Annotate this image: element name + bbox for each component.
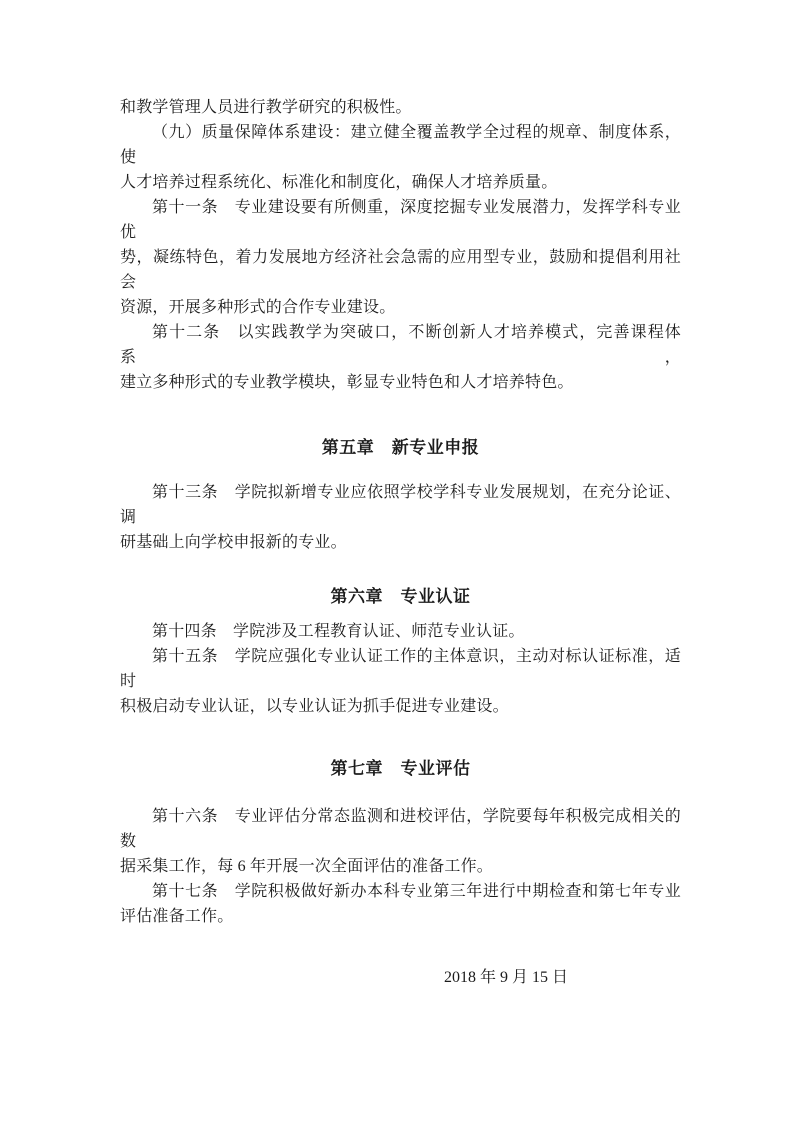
- text-line: 第十六条 专业评估分常态监测和进校评估，学院要每年积极完成相关的数: [120, 804, 681, 854]
- paragraph-article-16: 第十六条 专业评估分常态监测和进校评估，学院要每年积极完成相关的数 据采集工作，…: [120, 804, 681, 879]
- text-line: 势，凝练特色，着力发展地方经济社会急需的应用型专业，鼓励和提倡利用社会: [120, 245, 681, 295]
- paragraph-article-15: 第十五条 学院应强化专业认证工作的主体意识，主动对标认证标准，适时 积极启动专业…: [120, 644, 681, 719]
- document-page: 和教学管理人员进行教学研究的积极性。 （九）质量保障体系建设：建立健全覆盖教学全…: [0, 0, 800, 1132]
- date-line: 2018 年 9 月 15 日: [120, 965, 681, 990]
- text-line: 第十五条 学院应强化专业认证工作的主体意识，主动对标认证标准，适时: [120, 644, 681, 694]
- text-line: 研基础上向学校申报新的专业。: [120, 530, 681, 555]
- chapter-heading-6: 第六章 专业认证: [120, 584, 681, 609]
- text-line: 第十三条 学院拟新增专业应依照学校学科专业发展规划，在充分论证、调: [120, 480, 681, 530]
- text-line: 评估准备工作。: [120, 904, 681, 929]
- paragraph-article-17: 第十七条 学院积极做好新办本科专业第三年进行中期检查和第七年专业 评估准备工作。: [120, 879, 681, 929]
- text-line: 人才培养过程系统化、标准化和制度化，确保人才培养质量。: [120, 170, 681, 195]
- text-line: （九）质量保障体系建设：建立健全覆盖教学全过程的规章、制度体系，使: [120, 120, 681, 170]
- text-line: 第十四条 学院涉及工程教育认证、师范专业认证。: [120, 619, 681, 644]
- text-line: 积极启动专业认证，以专业认证为抓手促进专业建设。: [120, 694, 681, 719]
- chapter-heading-7: 第七章 专业评估: [120, 756, 681, 781]
- text-line: 第十一条 专业建设要有所侧重，深度挖掘专业发展潜力，发挥学科专业优: [120, 195, 681, 245]
- paragraph-article-14: 第十四条 学院涉及工程教育认证、师范专业认证。: [120, 619, 681, 644]
- text-line: 据采集工作，每 6 年开展一次全面评估的准备工作。: [120, 854, 681, 879]
- text-line: 第十七条 学院积极做好新办本科专业第三年进行中期检查和第七年专业: [120, 879, 681, 904]
- text-line: 和教学管理人员进行教学研究的积极性。: [120, 95, 681, 120]
- text-line: 第十二条 以实践教学为突破口，不断创新人才培养模式，完善课程体系，: [120, 320, 681, 370]
- text-line: 建立多种形式的专业教学模块，彰显专业特色和人才培养特色。: [120, 370, 681, 395]
- paragraph-clause-9: （九）质量保障体系建设：建立健全覆盖教学全过程的规章、制度体系，使 人才培养过程…: [120, 120, 681, 195]
- paragraph-article-13: 第十三条 学院拟新增专业应依照学校学科专业发展规划，在充分论证、调 研基础上向学…: [120, 480, 681, 555]
- chapter-heading-5: 第五章 新专业申报: [120, 435, 681, 460]
- paragraph-article-12: 第十二条 以实践教学为突破口，不断创新人才培养模式，完善课程体系， 建立多种形式…: [120, 320, 681, 395]
- document-body: 和教学管理人员进行教学研究的积极性。 （九）质量保障体系建设：建立健全覆盖教学全…: [120, 95, 681, 990]
- paragraph-continuation: 和教学管理人员进行教学研究的积极性。: [120, 95, 681, 120]
- paragraph-article-11: 第十一条 专业建设要有所侧重，深度挖掘专业发展潜力，发挥学科专业优 势，凝练特色…: [120, 195, 681, 320]
- text-line: 资源，开展多种形式的合作专业建设。: [120, 295, 681, 320]
